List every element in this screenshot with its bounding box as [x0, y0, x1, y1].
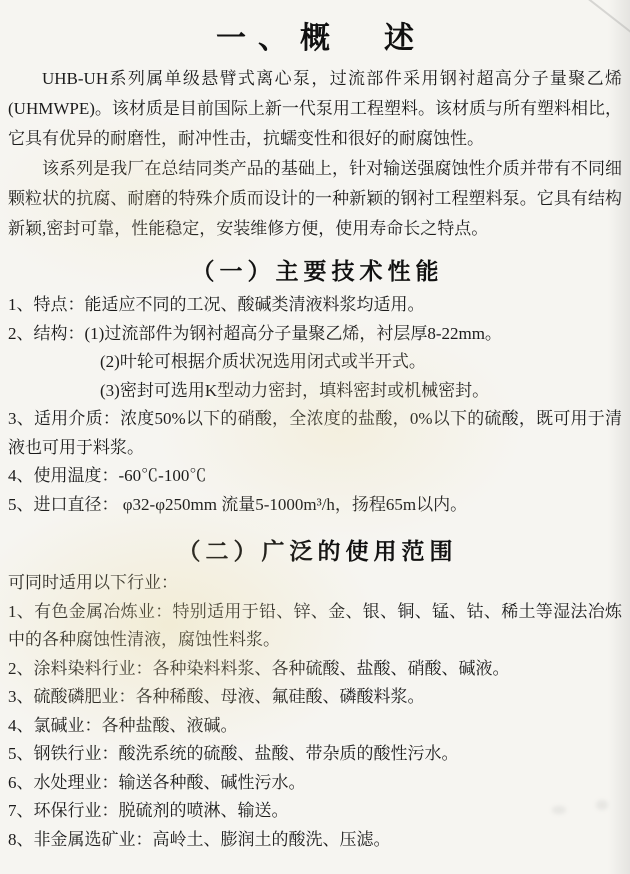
section1-list: 1、特点：能适应不同的工况、酸碱类清液料浆均适用。 2、结构：(1)过流部件为钢…: [8, 291, 622, 519]
industry-item-steel: 5、钢铁行业：酸洗系统的硫酸、盐酸、带杂质的酸性污水。: [8, 740, 622, 769]
spec-item-temperature: 4、使用温度：-60℃-100℃: [8, 462, 622, 491]
industry-item-chlor-alkali: 4、氯碱业：各种盐酸、液碱。: [8, 712, 622, 741]
section2-list: 1、有色金属冶炼业：特别适用于铅、锌、金、银、铜、锰、钴、稀土等湿法冶炼中的各种…: [8, 598, 622, 855]
industry-item-coating-dye: 2、涂料染料行业：各种染料料浆、各种硫酸、盐酸、硝酸、碱液。: [8, 655, 622, 684]
section2-lead: 可同时适用以下行业：: [8, 569, 622, 598]
scan-smudge: [596, 800, 608, 810]
spec-item-inlet-diameter: 5、进口直径： φ32-φ250mm 流量5-1000m³/h，扬程65m以内。: [8, 491, 622, 520]
industry-item-sulfuric-phosphate: 3、硫酸磷肥业：各种稀酸、母液、氟硅酸、磷酸料浆。: [8, 683, 622, 712]
document-content: 一、概 述 UHB-UH系列属单级悬臂式离心泵，过流部件采用钢衬超高分子量聚乙烯…: [8, 20, 622, 854]
scanned-document-page: 一、概 述 UHB-UH系列属单级悬臂式离心泵，过流部件采用钢衬超高分子量聚乙烯…: [0, 0, 630, 874]
industry-item-nonferrous: 1、有色金属冶炼业：特别适用于铅、锌、金、银、铜、锰、钴、稀土等湿法冶炼中的各种…: [8, 598, 622, 655]
spec-item-media: 3、适用介质：浓度50%以下的硝酸，全浓度的盐酸，0%以下的硫酸，既可用于清液也…: [8, 405, 622, 462]
section1-heading: （一）主要技术性能: [8, 256, 622, 286]
spec-item-structure-impeller: (2)叶轮可根据介质状况选用闭式或半开式。: [8, 348, 622, 377]
spec-item-structure-seal: (3)密封可选用K型动力密封，填料密封或机械密封。: [8, 377, 622, 406]
industry-item-nonmetal-mining: 8、非金属选矿业：高岭土、膨润土的酸洗、压滤。: [8, 826, 622, 855]
page-title: 一、概 述: [8, 20, 622, 58]
industry-item-environmental: 7、环保行业：脱硫剂的喷淋、输送。: [8, 797, 622, 826]
spec-item-features: 1、特点：能适应不同的工况、酸碱类清液料浆均适用。: [8, 291, 622, 320]
industry-item-water-treatment: 6、水处理业：输送各种酸、碱性污水。: [8, 769, 622, 798]
scan-smudge: [552, 806, 566, 814]
intro-paragraph-2: 该系列是我厂在总结同类产品的基础上，针对输送强腐蚀性介质并带有不同细颗粒状的抗腐…: [8, 154, 622, 244]
section2-heading: （二）广泛的使用范围: [8, 536, 622, 566]
intro-paragraph-1: UHB-UH系列属单级悬臂式离心泵，过流部件采用钢衬超高分子量聚乙烯(UHMWP…: [8, 64, 622, 154]
spec-item-structure: 2、结构：(1)过流部件为钢衬超高分子量聚乙烯，衬层厚8-22mm。: [8, 320, 622, 349]
